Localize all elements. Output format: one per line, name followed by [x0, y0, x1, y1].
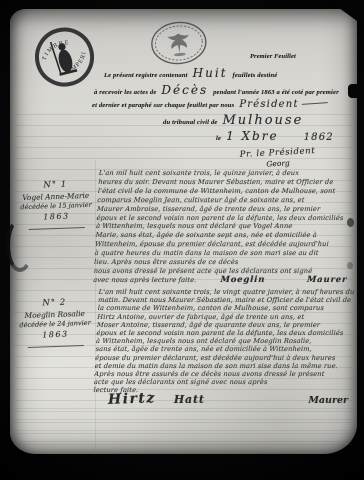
act-year: 1863 — [14, 211, 98, 223]
entry1-margin-note: N° 1 Vogel Anne-Marie décédée le 15 janv… — [13, 179, 99, 231]
declarant-signature: Moeglin — [220, 276, 265, 285]
scan-edge-artifact — [348, 84, 364, 98]
entry2-signatures: Hirtz Hatt Maurer — [108, 391, 348, 407]
mayor-signature: Maurer — [307, 276, 348, 285]
printed-text: et dernier et paraphé sur chaque feuille… — [92, 102, 234, 109]
scan-edge-artifact — [328, 0, 364, 26]
act-line: Moser Antoine, tisserand, âgé de quarant… — [97, 321, 357, 329]
printed-text: à recevoir les actes de — [94, 89, 156, 96]
tribunal-seal-icon — [148, 19, 210, 72]
entry1-act-text: L'an mil huit cent soixante trois, le qu… — [93, 169, 357, 285]
handwritten-count: Huit — [193, 66, 228, 80]
act-line: lieu. Après nous être assurés de ce décè… — [94, 258, 352, 267]
act-year: 1863 — [12, 328, 98, 340]
printed-text: feuillets destiné — [233, 72, 278, 79]
act-number: N° 1 — [13, 179, 97, 192]
handwritten-year: 1862 — [304, 132, 334, 143]
act-line: heures du soir. Devant nous Maurer Sébas… — [98, 178, 356, 187]
act-line: L'an mil huit cent soixante trois, le vi… — [98, 288, 358, 296]
act-line: comparus Moeglin Jean, cultivateur âgé d… — [97, 196, 355, 205]
act-line: avec nous après lecture faite. — [93, 276, 197, 285]
act-line: Après nous être assurés de ce décès nous… — [94, 370, 354, 378]
act-number: N° 2 — [11, 297, 97, 310]
mayor-signature: Maurer — [308, 395, 348, 406]
register-scan-page: TIMBRE IMPERIAL Premier Feuillet Le prés… — [0, 0, 364, 480]
printed-text: Le présent registre contenant — [104, 72, 188, 79]
handwritten-city: Mulhouse — [222, 113, 303, 128]
handwritten-date: 1 Xbre — [226, 129, 279, 143]
declarant-signature: Hirtz — [108, 390, 156, 408]
act-line: l'état civil de la commune de Wittenheim… — [98, 187, 356, 196]
handwritten-act-type: Décès — [161, 83, 208, 97]
handwritten-officer: Président — [239, 99, 327, 110]
registre-line-3: et dernier et paraphé sur chaque feuille… — [92, 99, 328, 110]
entry2-margin-note: N° 2 Moeglin Rosalie décédée le 24 janvi… — [11, 297, 99, 349]
act-line: L'an mil huit cent soixante trois, le qu… — [99, 169, 357, 178]
act-line: à Wittenheim, lesquels nous ont déclaré … — [96, 222, 354, 231]
printed-text: du tribunal civil de — [163, 119, 217, 126]
act-line: épouse du premier déclarant, est décédée… — [95, 354, 355, 362]
witness-signature: Hatt — [174, 393, 205, 406]
registre-line-2: à recevoir les actes de Décès pendant l'… — [94, 83, 339, 97]
act-line: et demie du matin dans la maison de son … — [94, 362, 354, 370]
act-line: sans état, âgée de trente ans, née et do… — [95, 345, 355, 353]
entry2-act-text: L'an mil huit cent soixante trois, le vi… — [93, 288, 359, 395]
act-line: Hirtz Antoine, ouvrier de fabrique, âgé … — [97, 313, 357, 321]
death-date-note: décédée le 15 janvier — [14, 201, 98, 212]
act-line: époux et le second voisin non parent de … — [96, 329, 356, 337]
feuillet-label: Premier Feuillet — [250, 53, 296, 60]
printed-text: le — [216, 135, 221, 142]
act-line: la commune de Wittenheim, canton de Mulh… — [98, 304, 358, 312]
registre-line-1: Le présent registre contenant Huit feuil… — [104, 66, 277, 80]
act-line: Wittenheim, épouse du premier déclarant,… — [95, 240, 353, 249]
act-line: à quatre heures du matin dans la maison … — [94, 249, 352, 258]
act-line: Maurer Ambroise, tisserand, âgé de trent… — [97, 205, 355, 214]
president-signature: Pr. le Président Georg — [240, 146, 317, 170]
date-line: le 1 Xbre 1862 — [216, 129, 334, 143]
tribunal-line: du tribunal civil de Mulhouse — [163, 113, 303, 128]
act-closing-line: avec nous après lecture faite. Moeglin M… — [93, 276, 351, 285]
printed-text: pendant l'année 1863 a été coté par prem… — [213, 89, 339, 96]
act-line: Marie, sans état, âgée de soixante sept … — [95, 231, 353, 240]
death-date-note: décédée le 24 janvier — [12, 319, 98, 330]
